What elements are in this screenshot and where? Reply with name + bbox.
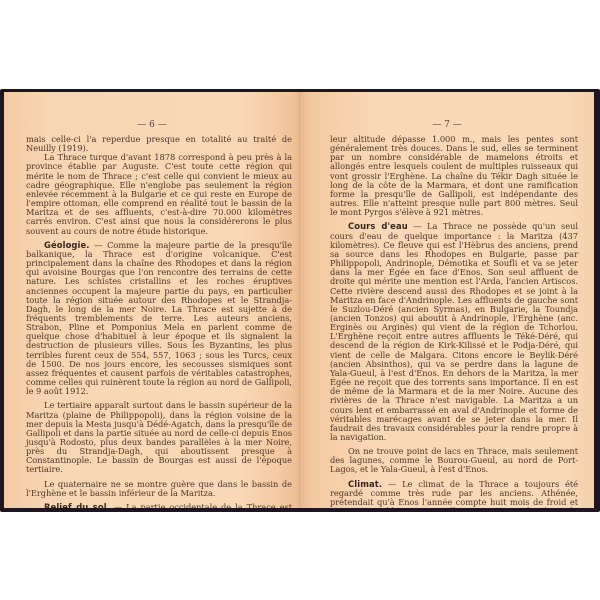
open-book: — 6 — mais celle-ci l'a reperdue presque… (0, 89, 600, 512)
paragraph-geologie: Géologie. — Comme la majeure partie de l… (26, 241, 292, 397)
paragraph-text: — La Thrace ne possède qu'un seul cours … (330, 221, 578, 442)
paragraph: leur altitude dépasse 1.000 m., mais les… (330, 135, 578, 217)
paragraph: La Thrace turque d'avant 1878 correspond… (26, 153, 292, 235)
paragraph-text: leur altitude dépasse 1.000 m., mais les… (330, 134, 578, 217)
section-heading: Relief du sol. (44, 502, 110, 508)
paragraph: On ne trouve point de lacs en Thrace, ma… (330, 447, 578, 474)
paragraph-text: mais celle-ci l'a reperdue presque en to… (26, 134, 292, 153)
paragraph-cours-d-eau: Cours d'eau — La Thrace ne possède qu'un… (330, 222, 578, 442)
paragraph-text: Le tertiaire apparaît surtout dans le ba… (26, 400, 292, 474)
paragraph: Le quaternaire ne se montre guère que da… (26, 480, 292, 498)
paragraph-text: Le quaternaire ne se montre guère que da… (26, 479, 292, 498)
page-body: leur altitude dépasse 1.000 m., mais les… (330, 135, 578, 508)
paragraph-relief: Relief du sol. — La partie occidentale d… (26, 503, 292, 508)
paragraph-text: On ne trouve point de lacs en Thrace, ma… (330, 446, 578, 474)
right-page: — 7 — leur altitude dépasse 1.000 m., ma… (300, 92, 594, 508)
paragraph-text: — Comme la majeure partie de la presqu'î… (26, 240, 292, 397)
page-body: mais celle-ci l'a reperdue presque en to… (26, 135, 292, 508)
paragraph-text: La Thrace turque d'avant 1878 correspond… (26, 152, 292, 235)
paragraph: Le tertiaire apparaît surtout dans le ba… (26, 401, 292, 474)
page-number: — 6 — (4, 120, 300, 130)
paragraph: mais celle-ci l'a reperdue presque en to… (26, 135, 292, 153)
page-number: — 7 — (300, 120, 594, 130)
paragraph-climat: Climat. — Le climat de la Thrace a toujo… (330, 480, 578, 508)
left-page: — 6 — mais celle-ci l'a reperdue presque… (4, 92, 300, 508)
